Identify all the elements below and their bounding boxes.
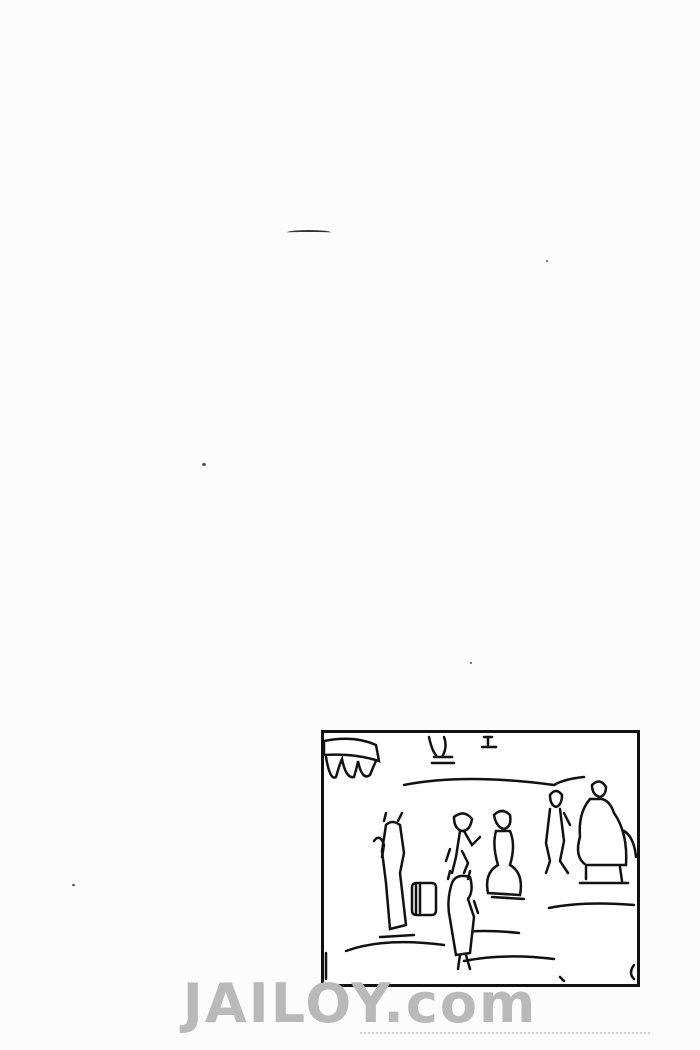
ink-speck [546, 260, 548, 262]
watermark-text: JAILOY.com [140, 972, 580, 1035]
comic-panel [321, 730, 640, 987]
manga-page: JAILOY.com [0, 0, 700, 1050]
ink-speck [72, 884, 75, 886]
ink-speck [470, 662, 472, 664]
panel-artwork [324, 733, 637, 984]
ink-speck [202, 463, 206, 466]
footer-noise [360, 1032, 650, 1040]
ink-stroke [287, 230, 331, 235]
